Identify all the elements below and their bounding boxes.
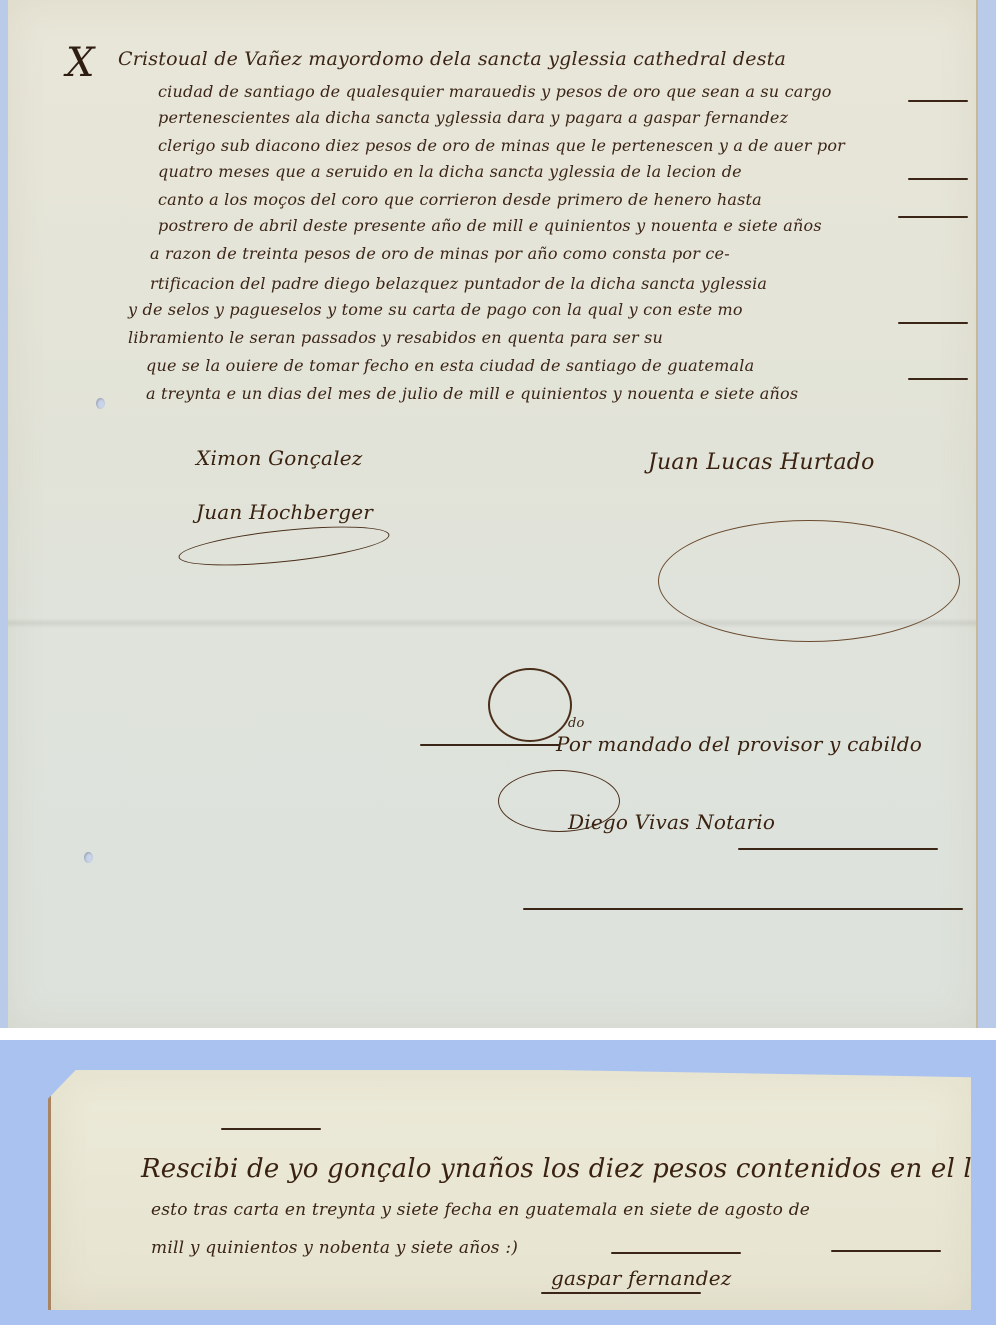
- line-end-dash: [908, 100, 968, 102]
- signature-flourish: [177, 519, 391, 573]
- signature-juan-lucas-hurtado: Juan Lucas Hurtado: [648, 450, 875, 475]
- signature-flourish: [658, 520, 960, 642]
- line-end-dash: [908, 378, 968, 380]
- body-line: clerigo sub diacono diez pesos de oro de…: [158, 136, 845, 155]
- top-photo: X Cristoual de Vañez mayordomo dela sanc…: [0, 0, 996, 1028]
- signature-underline: [541, 1292, 701, 1294]
- body-line: a treynta e un dias del mes de julio de …: [146, 384, 798, 403]
- body-line: pertenescientes ala dicha sancta yglessi…: [158, 108, 788, 127]
- signature-gaspar-fernandez: gaspar fernandez: [551, 1266, 732, 1290]
- receipt-line: Rescibi de yo gonçalo ynaños los diez pe…: [141, 1154, 996, 1184]
- signature-juan-hochberger: Juan Hochberger: [196, 500, 373, 524]
- bottom-photo: Rescibi de yo gonçalo ynaños los diez pe…: [0, 1040, 996, 1325]
- body-line: libramiento le seran passados y resabido…: [128, 328, 663, 347]
- body-line: rtificacion del padre diego belazquez pu…: [150, 274, 767, 293]
- line-end-dash: [611, 1252, 741, 1254]
- body-line: quatro meses que a seruido en la dicha s…: [158, 162, 742, 181]
- initial-p-flourish: [488, 668, 572, 742]
- line-end-dash: [831, 1250, 941, 1252]
- line-end-dash: [898, 216, 968, 218]
- body-line: Cristoual de Vañez mayordomo dela sancta…: [118, 48, 786, 70]
- attestation-rule: [738, 848, 938, 850]
- line-end-dash: [898, 322, 968, 324]
- body-line: a razon de treinta pesos de oro de minas…: [150, 244, 730, 263]
- attestation-line-mandado: Por mandado del provisor y cabildo: [556, 732, 922, 756]
- body-line: que se la ouiere de tomar fecho en esta …: [146, 356, 754, 375]
- signature-ximon-goncalez: Ximon Gonçalez: [196, 446, 362, 470]
- signature-flourish: [498, 770, 620, 832]
- attestation-rule: [420, 744, 560, 746]
- body-line: canto a los moços del coro que corrieron…: [158, 190, 762, 209]
- body-line: y de selos y pagueselos y tome su carta …: [128, 300, 743, 319]
- receipt-line: esto tras carta en treynta y siete fecha…: [151, 1200, 810, 1220]
- receipt-line: mill y quinientos y nobenta y siete años…: [151, 1238, 518, 1258]
- punch-hole: [84, 852, 93, 863]
- manuscript-sheet-bottom: Rescibi de yo gonçalo ynaños los diez pe…: [48, 1070, 971, 1310]
- attestation-superscript: do: [568, 716, 585, 731]
- initial-cross-mark: X: [66, 40, 95, 86]
- line-end-dash: [908, 178, 968, 180]
- manuscript-sheet-top: X Cristoual de Vañez mayordomo dela sanc…: [8, 0, 978, 1028]
- attestation-rule: [523, 908, 963, 910]
- header-rule: [221, 1128, 321, 1130]
- body-line: ciudad de santiago de qualesquier maraue…: [158, 82, 832, 101]
- body-line: postrero de abril deste presente año de …: [158, 216, 822, 235]
- punch-hole: [96, 398, 105, 409]
